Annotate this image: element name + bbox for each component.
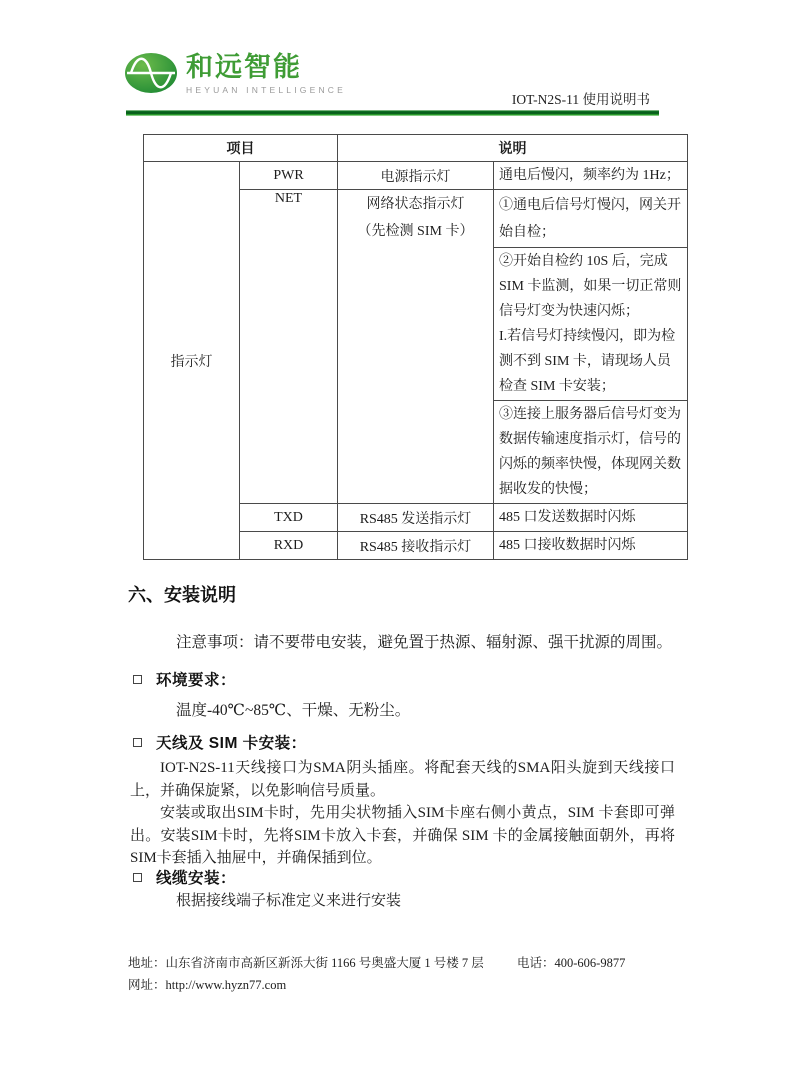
- table-row-pwr: 指示灯 PWR 电源指示灯 通电后慢闪，频率约为 1Hz；: [144, 162, 688, 190]
- logo-name-en: HEYUAN INTELLIGENCE: [186, 85, 346, 95]
- antenna-sim-paragraphs: IOT-N2S-11天线接口为SMA阴头插座。将配套天线的SMA阳头旋到天线接口…: [130, 757, 675, 870]
- company-logo: 和远智能 HEYUAN INTELLIGENCE: [124, 50, 346, 96]
- antenna-paragraph-2: 安装或取出SIM卡时，先用尖状物插入SIM卡座右侧小黄点，SIM 卡套即可弹出。…: [130, 802, 675, 870]
- env-requirements-heading: 环境要求：: [156, 668, 236, 690]
- table-header-row: 项目 说明: [144, 135, 688, 162]
- footer-phone: 电话：400-606-9877: [517, 953, 625, 975]
- logo-text: 和远智能 HEYUAN INTELLIGENCE: [186, 52, 346, 95]
- antenna-paragraph-1: IOT-N2S-11天线接口为SMA阴头插座。将配套天线的SMA阳头旋到天线接口…: [130, 757, 675, 802]
- group-label-indicators: 指示灯: [144, 162, 240, 560]
- col-header-description: 说明: [338, 135, 688, 162]
- net-code: NET: [240, 190, 338, 504]
- cable-install-item: 线缆安装：: [133, 866, 236, 888]
- env-requirements-item: 环境要求：: [133, 668, 236, 690]
- antenna-sim-heading: 天线及 SIM 卡安装：: [156, 731, 307, 753]
- env-requirements-body: 温度-40℃~85℃、干燥、无粉尘。: [176, 698, 410, 720]
- document-title: IOT-N2S-11 使用说明书: [512, 88, 650, 108]
- txd-desc: 485 口发送数据时闪烁: [494, 504, 688, 532]
- rxd-code: RXD: [240, 532, 338, 560]
- net-desc-2: ②开始自检约 10S 后，完成 SIM 卡监测，如果一切正常则信号灯变为快速闪烁…: [494, 248, 688, 401]
- section-title-installation: 六、安装说明: [128, 581, 236, 607]
- antenna-sim-item: 天线及 SIM 卡安装：: [133, 731, 307, 753]
- net-desc-1: ①通电后信号灯慢闪，网关开始自检；: [494, 190, 688, 248]
- footer-website: 网址：http://www.hyzn77.com: [128, 975, 673, 997]
- footer-line-1: 地址：山东省济南市高新区新泺大街 1166 号奥盛大厦 1 号楼 7 层 电话：…: [128, 953, 673, 975]
- page-footer: 地址：山东省济南市高新区新泺大街 1166 号奥盛大厦 1 号楼 7 层 电话：…: [128, 953, 673, 996]
- cable-install-body: 根据接线端子标准定义来进行安装: [176, 889, 401, 910]
- manual-page: { "header": { "logo_cn": "和远智能", "logo_e…: [0, 0, 800, 1067]
- rxd-name: RS485 接收指示灯: [338, 532, 494, 560]
- logo-wave-icon: [124, 50, 178, 96]
- header-divider-rule: [126, 110, 659, 116]
- pwr-code: PWR: [240, 162, 338, 190]
- net-desc-3: ③连接上服务器后信号灯变为数据传输速度指示灯，信号的闪烁的频率快慢，体现网关数据…: [494, 401, 688, 504]
- col-header-item: 项目: [144, 135, 338, 162]
- pwr-desc: 通电后慢闪，频率约为 1Hz；: [494, 162, 688, 190]
- rxd-desc: 485 口接收数据时闪烁: [494, 532, 688, 560]
- cable-install-heading: 线缆安装：: [156, 866, 236, 888]
- txd-name: RS485 发送指示灯: [338, 504, 494, 532]
- footer-address: 地址：山东省济南市高新区新泺大街 1166 号奥盛大厦 1 号楼 7 层: [128, 956, 484, 970]
- txd-code: TXD: [240, 504, 338, 532]
- square-bullet-icon: [133, 738, 142, 747]
- pwr-name: 电源指示灯: [338, 162, 494, 190]
- installation-notice: 注意事项：请不要带电安装，避免置于热源、辐射源、强干扰源的周围。: [176, 630, 672, 652]
- indicator-spec-table: 项目 说明 指示灯 PWR 电源指示灯 通电后慢闪，频率约为 1Hz； NET …: [143, 134, 688, 560]
- net-name: 网络状态指示灯 （先检测 SIM 卡）: [338, 190, 494, 504]
- square-bullet-icon: [133, 873, 142, 882]
- square-bullet-icon: [133, 675, 142, 684]
- logo-name-cn: 和远智能: [186, 52, 346, 82]
